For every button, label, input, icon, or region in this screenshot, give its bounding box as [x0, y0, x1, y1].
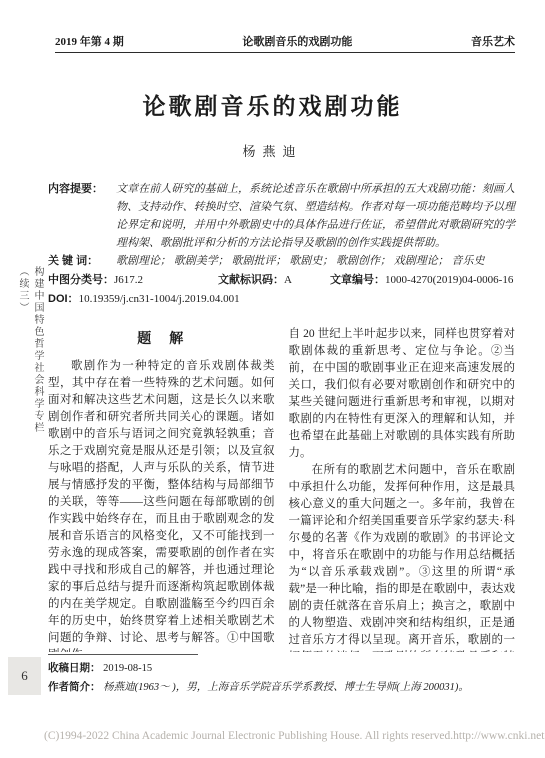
- running-head-issue: 2019 年第 4 期: [55, 33, 124, 49]
- column-series-vertical-title: 构建中国特色哲学社会科学专栏（续三）: [15, 266, 45, 436]
- abstract-text: 文章在前人研究的基础上，系统论述音乐在歌剧中所承担的五大戏剧功能：刻画人物、支持…: [116, 183, 515, 249]
- abstract-label: 内容提要：: [48, 180, 103, 198]
- page-number-badge: 6: [8, 657, 41, 695]
- section-heading: 题 解: [48, 330, 275, 347]
- author-bio-row: 作者简介： 杨燕迪(1963～ )，男，上海音乐学院音乐学系教授、博士生导师(上…: [48, 678, 515, 697]
- article-title: 论歌剧音乐的戏剧功能: [0, 88, 545, 121]
- doi-row: DOI：10.19359/j.cn31-1004/j.2019.04.001: [48, 290, 515, 308]
- keywords-text: 歌剧理论； 歌剧美学； 歌剧批评； 歌剧史； 歌剧创作； 戏剧理论； 音乐史: [116, 255, 485, 267]
- article-no-label: 文章编号：: [330, 274, 385, 286]
- author-bio-label: 作者简介：: [48, 681, 101, 693]
- doi-item: DOI：10.19359/j.cn31-1004/j.2019.04.001: [48, 290, 240, 308]
- journal-page: 2019 年第 4 期 论歌剧音乐的戏剧功能 音乐艺术 论歌剧音乐的戏剧功能 杨…: [0, 0, 545, 758]
- copyright-text: (C)1994-2022 China Academic Journal Elec…: [44, 730, 453, 742]
- classification-row: 中图分类号：J617.2 文献标识码：A 文章编号：1000-4270(2019…: [48, 271, 515, 289]
- doc-code-label: 文献标识码：: [218, 274, 284, 286]
- cnki-copyright-bar: (C)1994-2022 China Academic Journal Elec…: [44, 730, 517, 742]
- doc-code-item: 文献标识码：A: [218, 271, 330, 289]
- right-column: 自 20 世纪上半叶起步以来，同样也贯穿着对歌剧体裁的重新思考、定位与争论。②当…: [289, 326, 516, 652]
- received-date-label: 收稿日期：: [48, 662, 101, 674]
- author-footnotes: 收稿日期： 2019-08-15 作者简介： 杨燕迪(1963～ )，男，上海音…: [48, 654, 515, 697]
- running-head: 2019 年第 4 期 论歌剧音乐的戏剧功能 音乐艺术: [55, 33, 515, 53]
- clc-label: 中图分类号：: [48, 274, 114, 286]
- left-column: 题 解 歌剧作为一种特定的音乐戏剧体裁类型，其中存在着一些特殊的艺术问题。如何面…: [48, 326, 275, 652]
- received-date-value: 2019-08-15: [103, 663, 152, 674]
- running-head-title: 论歌剧音乐的戏剧功能: [242, 33, 352, 49]
- author-bio-value: 杨燕迪(1963～ )，男，上海音乐学院音乐学系教授、博士生导师(上海 2000…: [103, 682, 469, 693]
- abstract-row: 内容提要： 文章在前人研究的基础上，系统论述音乐在歌剧中所承担的五大戏剧功能：刻…: [48, 180, 515, 252]
- running-head-journal: 音乐艺术: [471, 33, 515, 49]
- footnote-divider: [48, 654, 198, 655]
- cnki-url: http://www.cnki.net: [453, 730, 544, 742]
- received-date-row: 收稿日期： 2019-08-15: [48, 659, 515, 678]
- article-no-value: 1000-4270(2019)04-0006-16: [385, 274, 513, 286]
- article-author: 杨燕迪: [0, 141, 545, 160]
- doc-code-value: A: [284, 274, 292, 286]
- body-paragraph: 歌剧作为一种特定的音乐戏剧体裁类型，其中存在着一些特殊的艺术问题。如何面对和解决…: [48, 358, 275, 652]
- page-number: 6: [21, 668, 28, 684]
- article-body: 题 解 歌剧作为一种特定的音乐戏剧体裁类型，其中存在着一些特殊的艺术问题。如何面…: [48, 326, 515, 652]
- keywords-label: 关 键 词：: [48, 252, 98, 270]
- article-no-item: 文章编号：1000-4270(2019)04-0006-16: [330, 271, 513, 289]
- front-matter: 内容提要： 文章在前人研究的基础上，系统论述音乐在歌剧中所承担的五大戏剧功能：刻…: [48, 180, 515, 308]
- clc-value: J617.2: [114, 274, 143, 286]
- doi-value: 10.19359/j.cn31-1004/j.2019.04.001: [79, 293, 240, 305]
- body-paragraph: 自 20 世纪上半叶起步以来，同样也贯穿着对歌剧体裁的重新思考、定位与争论。②当…: [289, 326, 516, 462]
- doi-label: DOI：: [48, 293, 79, 305]
- keywords-row: 关 键 词： 歌剧理论； 歌剧美学； 歌剧批评； 歌剧史； 歌剧创作； 戏剧理论…: [48, 252, 515, 270]
- clc-item: 中图分类号：J617.2: [48, 271, 218, 289]
- body-paragraph: 在所有的歌剧艺术问题中，音乐在歌剧中承担什么功能，发挥何种作用，这是最具核心意义…: [289, 462, 516, 652]
